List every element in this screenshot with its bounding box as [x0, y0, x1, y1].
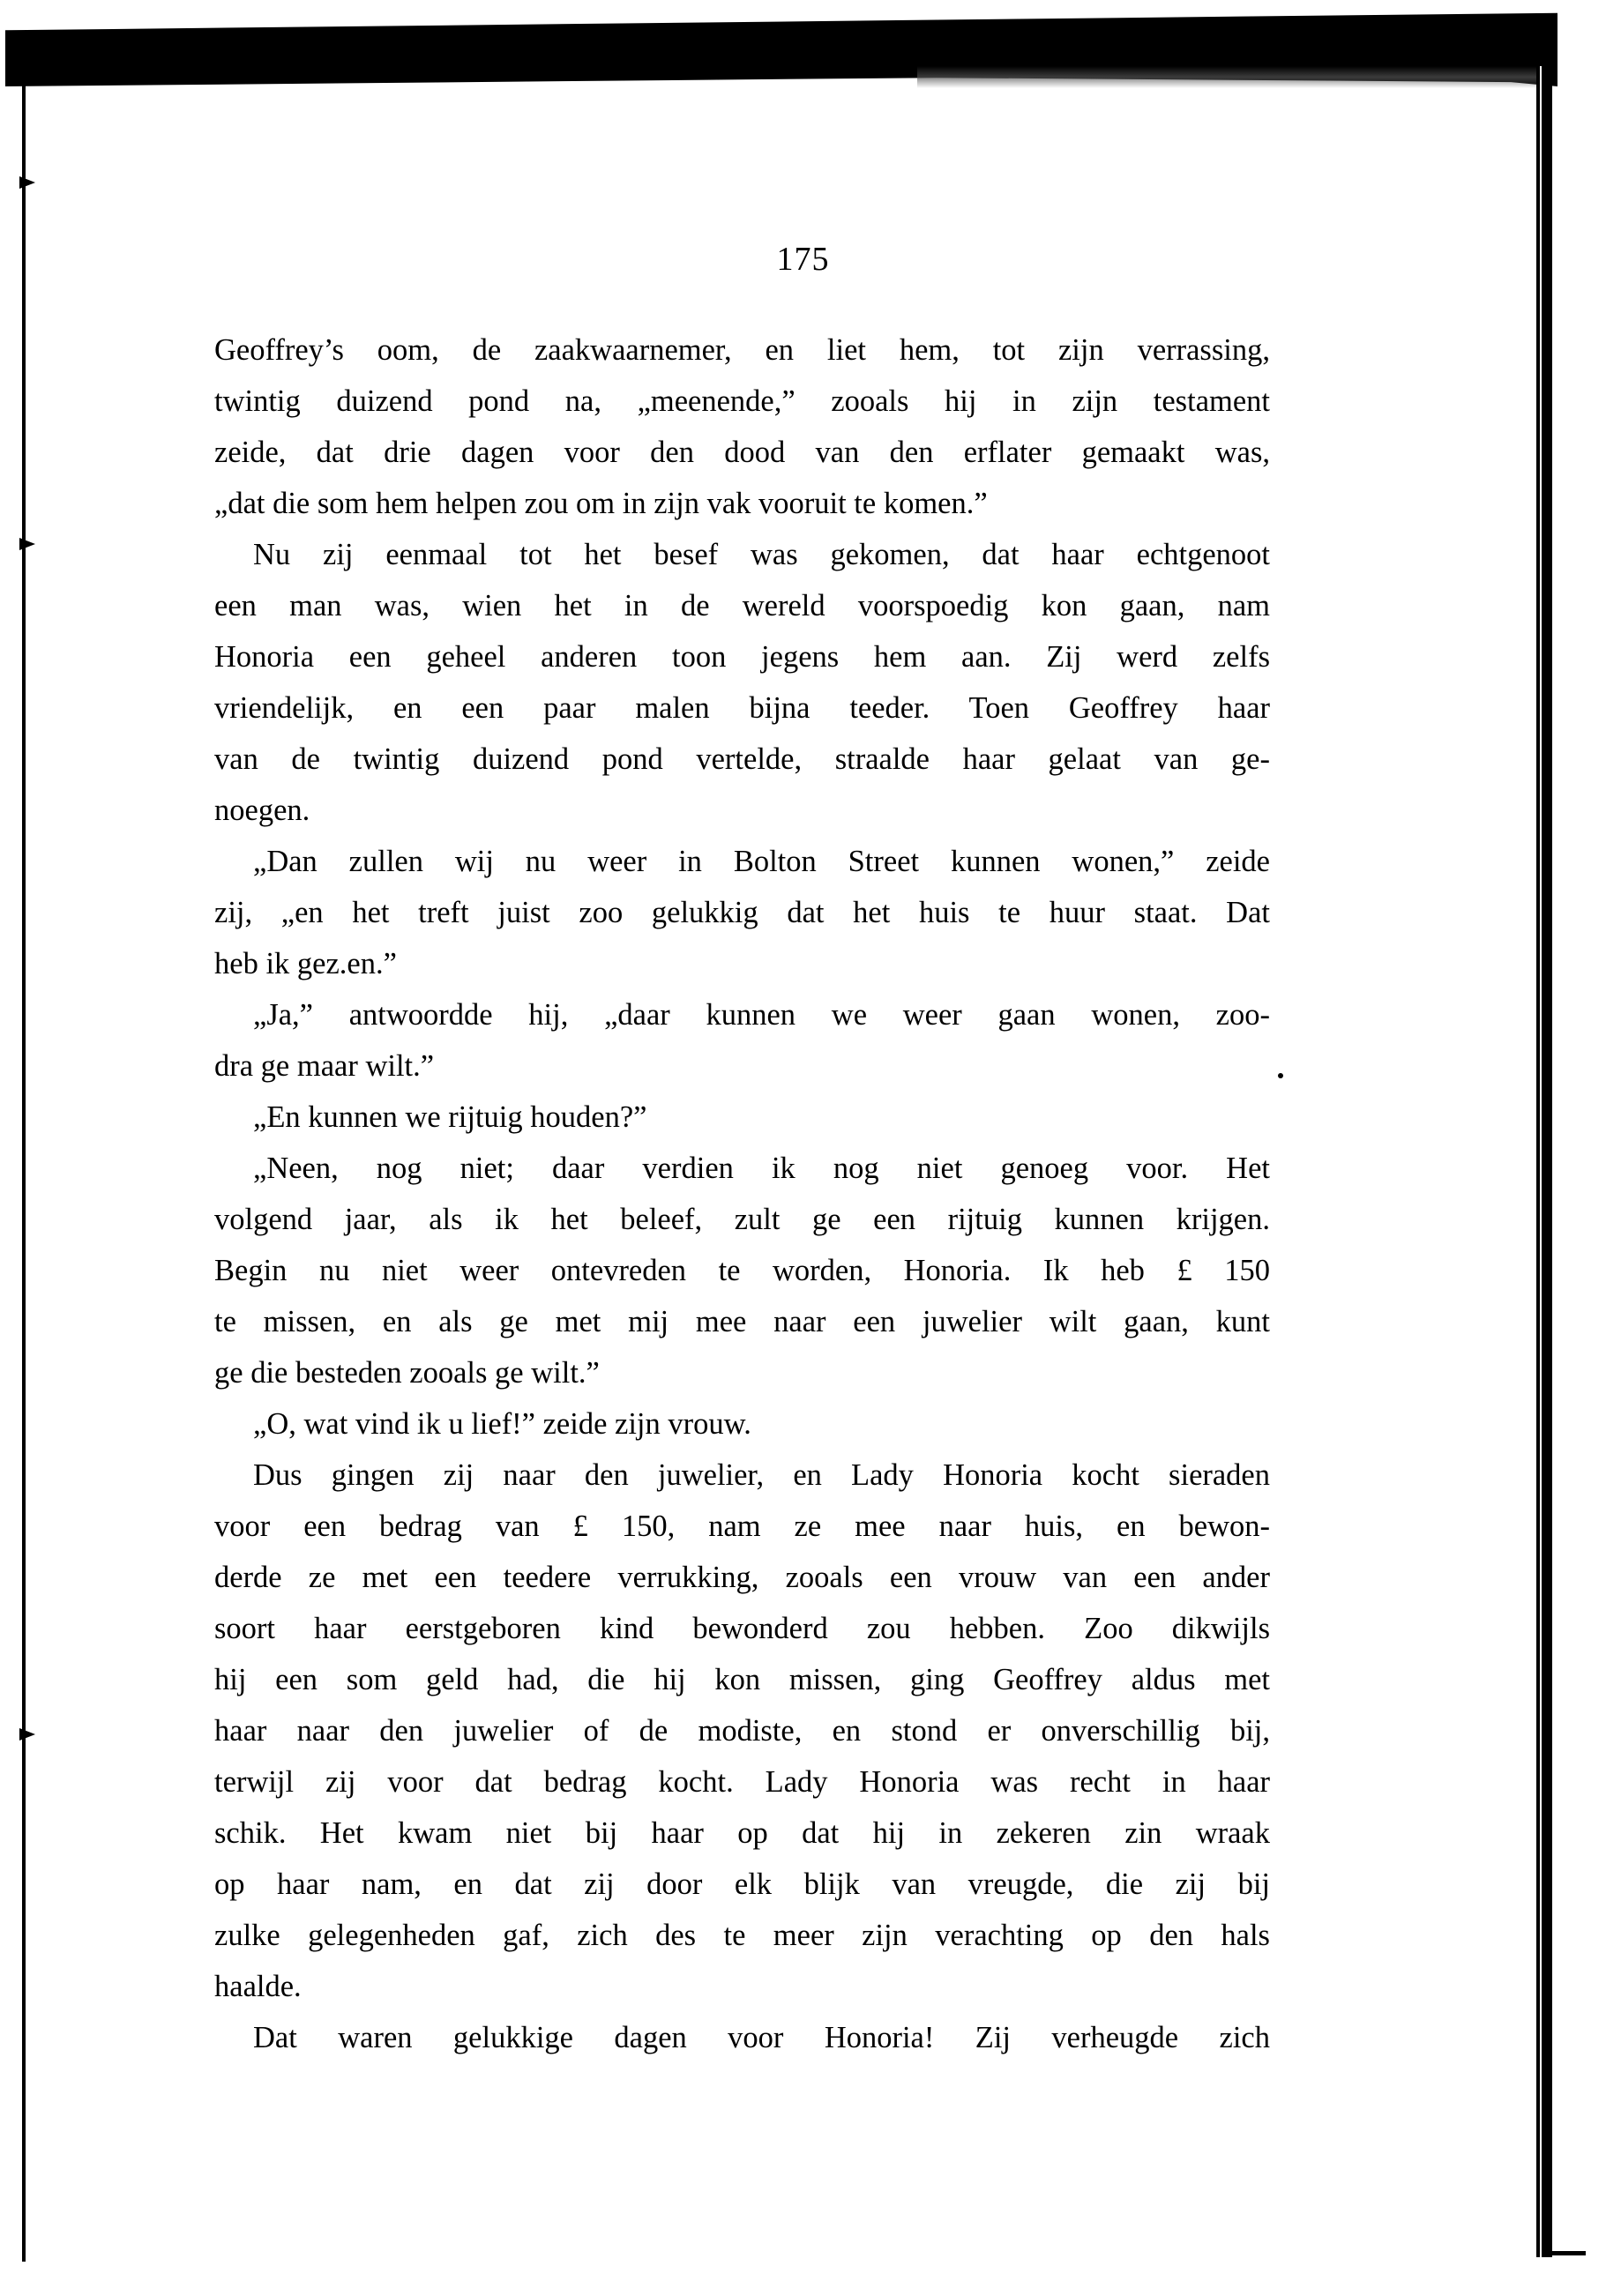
text-line: hij een som geld had, die hij kon missen…	[214, 1654, 1270, 1705]
text-line: haar naar den juwelier of de modiste, en…	[214, 1705, 1270, 1756]
text-line: derde ze met een teedere verrukking, zoo…	[214, 1552, 1270, 1603]
text-line: „Dan zullen wij nu weer in Bolton Street…	[214, 836, 1270, 887]
text-line: „dat die som hem helpen zou om in zijn v…	[214, 478, 1270, 529]
text-line: Geoffrey’s oom, de zaakwaarnemer, en lie…	[214, 324, 1270, 376]
scan-border-right-foot	[1552, 2251, 1586, 2255]
scan-border-top-shadow	[917, 66, 1552, 88]
text-line: soort haar eerstgeboren kind bewonderd z…	[214, 1603, 1270, 1654]
text-line: zeide, dat drie dagen voor den dood van …	[214, 427, 1270, 478]
text-line: haalde.	[214, 1961, 1270, 2012]
text-line: te missen, en als ge met mij mee naar ee…	[214, 1296, 1270, 1347]
text-line: vriendelijk, en een paar malen bijna tee…	[214, 682, 1270, 734]
text-line: dra ge maar wilt.”	[214, 1040, 1270, 1092]
text-line: Nu zij eenmaal tot het besef was gekomen…	[214, 529, 1270, 580]
text-line: volgend jaar, als ik het beleef, zult ge…	[214, 1194, 1270, 1245]
body-text: Geoffrey’s oom, de zaakwaarnemer, en lie…	[214, 324, 1270, 2063]
text-line: noegen.	[214, 785, 1270, 836]
stray-mark	[1278, 1073, 1283, 1078]
text-line: schik. Het kwam niet bij haar op dat hij…	[214, 1808, 1270, 1859]
text-line: zij, „en het treft juist zoo gelukkig da…	[214, 887, 1270, 938]
text-line: van de twintig duizend pond vertelde, st…	[214, 734, 1270, 785]
text-line: Honoria een geheel anderen toon jegens h…	[214, 631, 1270, 682]
text-line: Dus gingen zij naar den juwelier, en Lad…	[214, 1450, 1270, 1501]
text-line: „Neen, nog niet; daar verdien ik nog nie…	[214, 1143, 1270, 1194]
text-line: terwijl zij voor dat bedrag kocht. Lady …	[214, 1756, 1270, 1808]
text-line: voor een bedrag van £ 150, nam ze mee na…	[214, 1501, 1270, 1552]
text-line: „O, wat vind ik u lief!” zeide zijn vrou…	[214, 1398, 1270, 1450]
text-line: ge die besteden zooals ge wilt.”	[214, 1347, 1270, 1398]
scan-border-right	[1536, 66, 1552, 2257]
scan-left-notch	[19, 176, 35, 189]
page-number: 175	[0, 240, 1606, 279]
scan-left-notch	[19, 1728, 35, 1741]
scan-left-notch	[19, 538, 35, 550]
text-line: „En kunnen we rijtuig houden?”	[214, 1092, 1270, 1143]
text-line: op haar nam, en dat zij door elk blijk v…	[214, 1859, 1270, 1910]
text-line: heb ik gez.en.”	[214, 938, 1270, 989]
scan-border-left	[22, 84, 26, 2262]
text-line: „Ja,” antwoordde hij, „daar kunnen we we…	[214, 989, 1270, 1040]
text-line: twintig duizend pond na, „meenende,” zoo…	[214, 376, 1270, 427]
text-line: een man was, wien het in de wereld voors…	[214, 580, 1270, 631]
text-line: Dat waren gelukkige dagen voor Honoria! …	[214, 2012, 1270, 2063]
text-line: Begin nu niet weer ontevreden te worden,…	[214, 1245, 1270, 1296]
text-line: zulke gelegenheden gaf, zich des te meer…	[214, 1910, 1270, 1961]
